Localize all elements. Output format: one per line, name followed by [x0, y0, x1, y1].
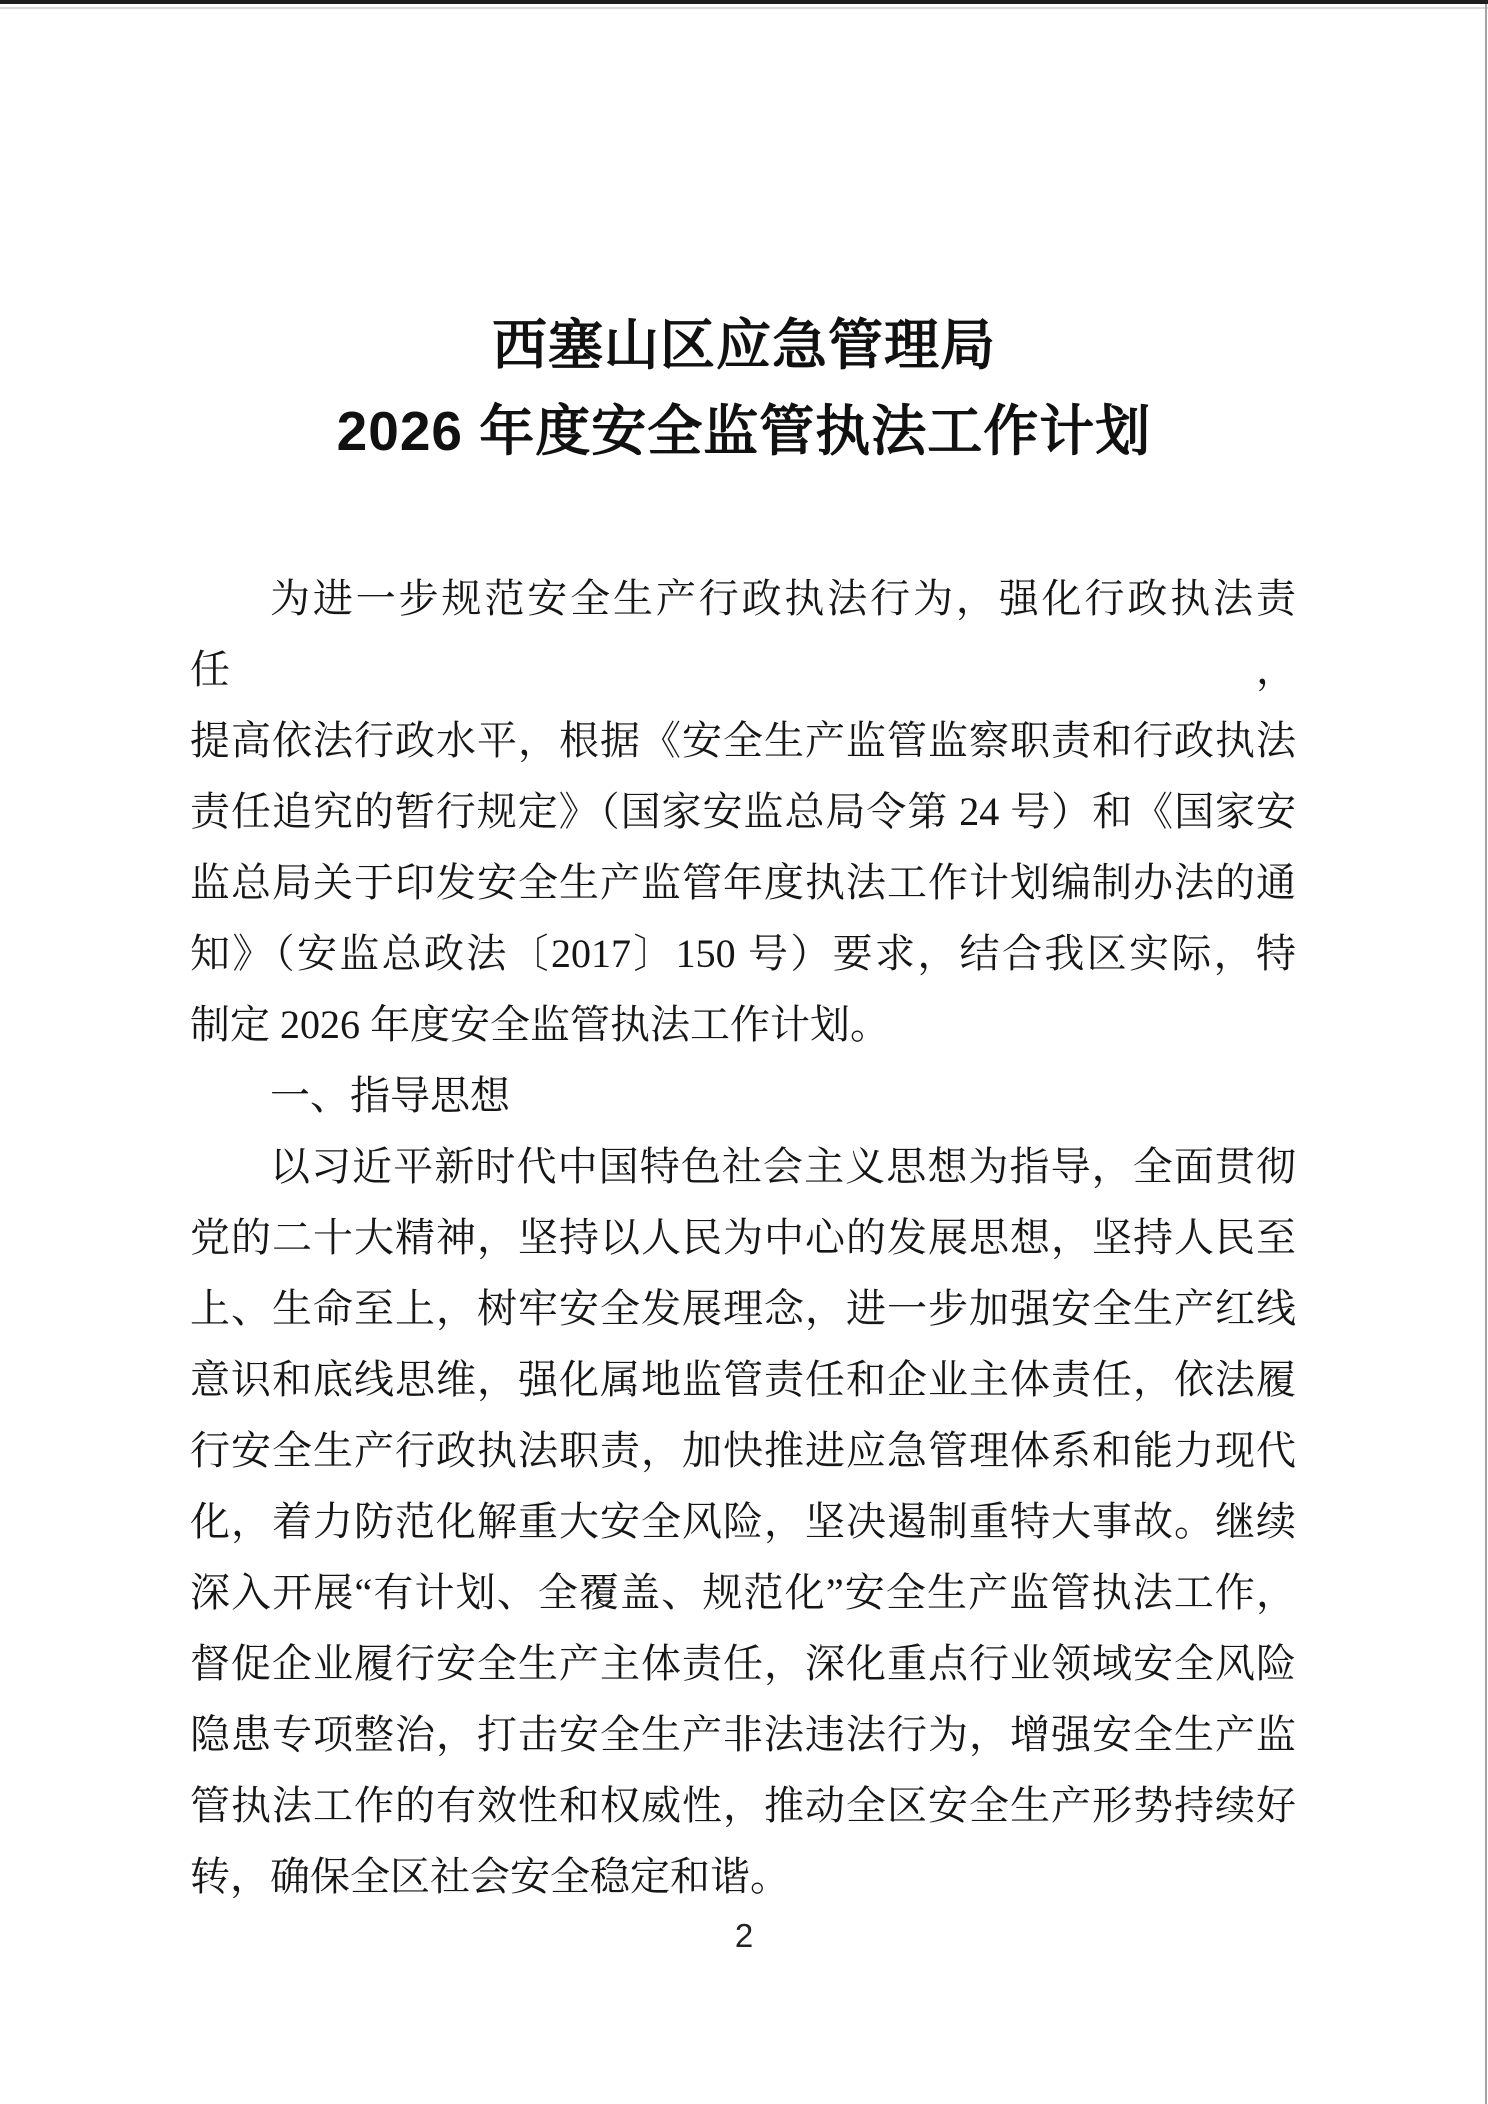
text-line: 上、生命至上，树牢安全发展理念，进一步加强安全生产红线 [190, 1273, 1296, 1344]
paragraph: 为进一步规范安全生产行政执法行为，强化行政执法责任，提高依法行政水平，根据《安全… [190, 563, 1296, 1060]
text-line: 制定 2026 年度安全监管执法工作计划。 [190, 989, 1296, 1060]
body-text: 为进一步规范安全生产行政执法行为，强化行政执法责任，提高依法行政水平，根据《安全… [190, 563, 1296, 1912]
text-line: 化，着力防范化解重大安全风险，坚决遏制重特大事故。继续 [190, 1486, 1296, 1557]
document-title: 西塞山区应急管理局 2026 年度安全监管执法工作计划 [0, 302, 1488, 474]
text-line: 行安全生产行政执法职责，加快推进应急管理体系和能力现代 [190, 1415, 1296, 1486]
text-line: 责任追究的暂行规定》（国家安监总局令第 24 号）和《国家安 [190, 776, 1296, 847]
text-line: 意识和底线思维，强化属地监管责任和企业主体责任，依法履 [190, 1344, 1296, 1415]
text-line: 党的二十大精神，坚持以人民为中心的发展思想，坚持人民至 [190, 1202, 1296, 1273]
text-line: 监总局关于印发安全生产监管年度执法工作计划编制办法的通 [190, 847, 1296, 918]
document-title-line-1: 西塞山区应急管理局 [0, 302, 1488, 388]
page-top-edge-line [0, 7, 1488, 9]
text-line: 为进一步规范安全生产行政执法行为，强化行政执法责任， [190, 563, 1296, 705]
text-line: 管执法工作的有效性和权威性，推动全区安全生产形势持续好 [190, 1770, 1296, 1841]
page-number: 2 [0, 1916, 1488, 1956]
document-page: 西塞山区应急管理局 2026 年度安全监管执法工作计划 为进一步规范安全生产行政… [0, 0, 1488, 2104]
section-heading: 一、指导思想 [190, 1060, 1296, 1131]
page-top-edge-bar [0, 0, 1488, 4]
text-line: 转，确保全区社会安全稳定和谐。 [190, 1841, 1296, 1912]
text-line: 督促企业履行安全生产主体责任，深化重点行业领域安全风险 [190, 1628, 1296, 1699]
text-line: 提高依法行政水平，根据《安全生产监管监察职责和行政执法 [190, 705, 1296, 776]
document-title-line-2: 2026 年度安全监管执法工作计划 [0, 388, 1488, 474]
text-line: 深入开展“有计划、全覆盖、规范化”安全生产监管执法工作， [190, 1557, 1296, 1628]
text-line: 以习近平新时代中国特色社会主义思想为指导，全面贯彻 [190, 1131, 1296, 1202]
text-line: 知》（安监总政法〔2017〕150 号）要求，结合我区实际，特 [190, 918, 1296, 989]
text-line: 一、指导思想 [190, 1060, 1296, 1131]
text-line: 隐患专项整治，打击安全生产非法违法行为，增强安全生产监 [190, 1699, 1296, 1770]
paragraph: 以习近平新时代中国特色社会主义思想为指导，全面贯彻党的二十大精神，坚持以人民为中… [190, 1131, 1296, 1912]
